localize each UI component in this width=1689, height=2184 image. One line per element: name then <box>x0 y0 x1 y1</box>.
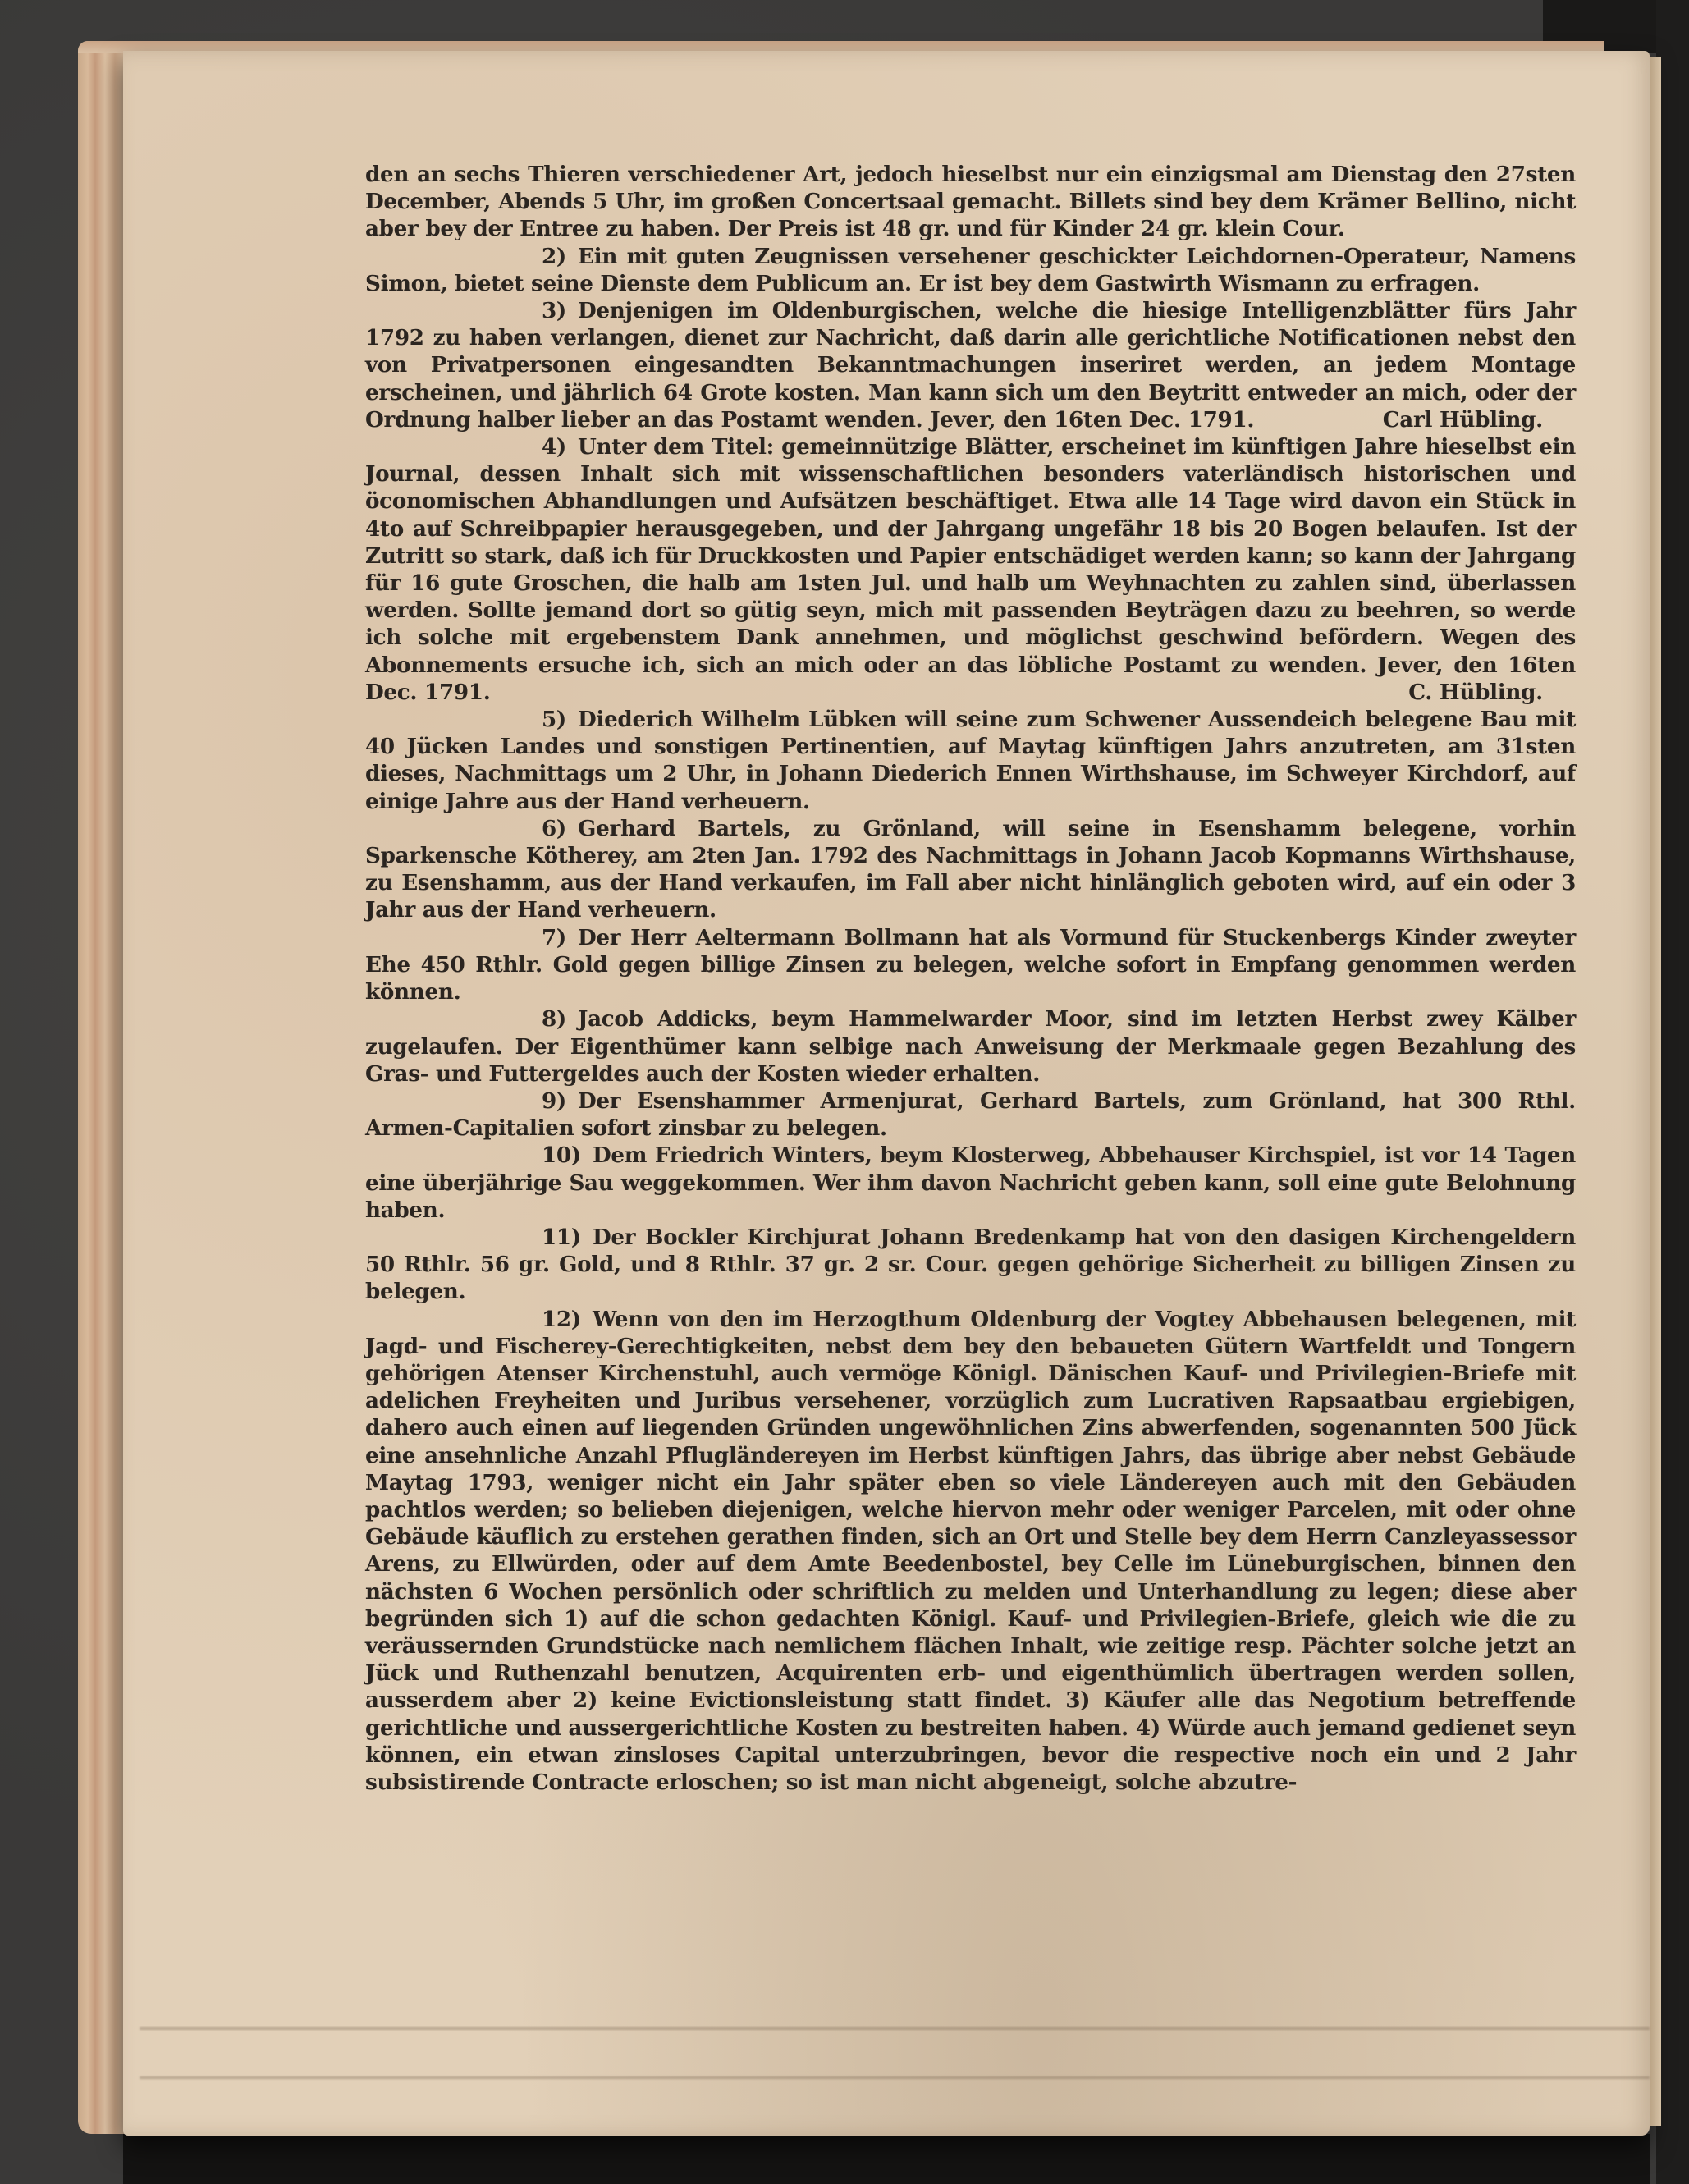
paragraph-10: 10)Dem Friedrich Winters, beym Klosterwe… <box>365 1142 1576 1224</box>
paragraph-3: 3)Denjenigen im Oldenburgischen, welche … <box>365 297 1576 433</box>
paragraph-12: 12)Wenn von den im Herzogthum Oldenburg … <box>365 1306 1576 1797</box>
paper-crease <box>140 2027 1650 2030</box>
signature: C. Hübling. <box>1408 679 1543 706</box>
paragraph-2: 2)Ein mit guten Zeugnissen versehener ge… <box>365 243 1576 297</box>
paragraph-number: 4) <box>542 433 566 460</box>
paragraph-number: 7) <box>542 924 566 951</box>
paragraph-6: 6)Gerhard Bartels, zu Grönland, will sei… <box>365 815 1576 924</box>
paragraph-text: Wenn von den im Herzogthum Oldenburg der… <box>365 1307 1576 1795</box>
paragraph-number: 12) <box>542 1306 581 1333</box>
signature: Carl Hübling. <box>1383 406 1543 433</box>
paragraph-text: den an sechs Thieren verschiedener Art, … <box>365 162 1576 241</box>
paragraph-8: 8)Jacob Addicks, beym Hammelwarder Moor,… <box>365 1005 1576 1087</box>
paragraph-number: 9) <box>542 1087 566 1115</box>
paragraph-number: 6) <box>542 815 566 842</box>
paragraph-number: 11) <box>542 1224 581 1251</box>
paragraph-7: 7)Der Herr Aeltermann Bollmann hat als V… <box>365 924 1576 1006</box>
paragraph-number: 5) <box>542 706 566 733</box>
paper-crease <box>140 2076 1650 2079</box>
paragraph-number: 2) <box>542 243 566 270</box>
paragraph-9: 9)Der Esenshammer Armenjurat, Gerhard Ba… <box>365 1087 1576 1142</box>
paragraph-5: 5)Diederich Wilhelm Lübken will seine zu… <box>365 706 1576 815</box>
paragraph-number: 8) <box>542 1005 566 1032</box>
page-shadow <box>123 2134 1650 2184</box>
article-text: den an sechs Thieren verschiedener Art, … <box>365 161 1576 1796</box>
book-page-edges <box>78 41 127 2134</box>
book-gutter-edge <box>1650 57 1661 2126</box>
paragraph-11: 11)Der Bockler Kirchjurat Johann Bredenk… <box>365 1224 1576 1306</box>
paragraph-number: 10) <box>542 1142 581 1169</box>
paragraph-1: den an sechs Thieren verschiedener Art, … <box>365 161 1576 243</box>
paragraph-4: 4)Unter dem Titel: gemeinnützige Blätter… <box>365 433 1576 706</box>
paragraph-number: 3) <box>542 297 566 324</box>
scan-background-strip <box>1656 0 1689 2184</box>
paragraph-text: Unter dem Titel: gemeinnützige Blätter, … <box>365 434 1576 705</box>
